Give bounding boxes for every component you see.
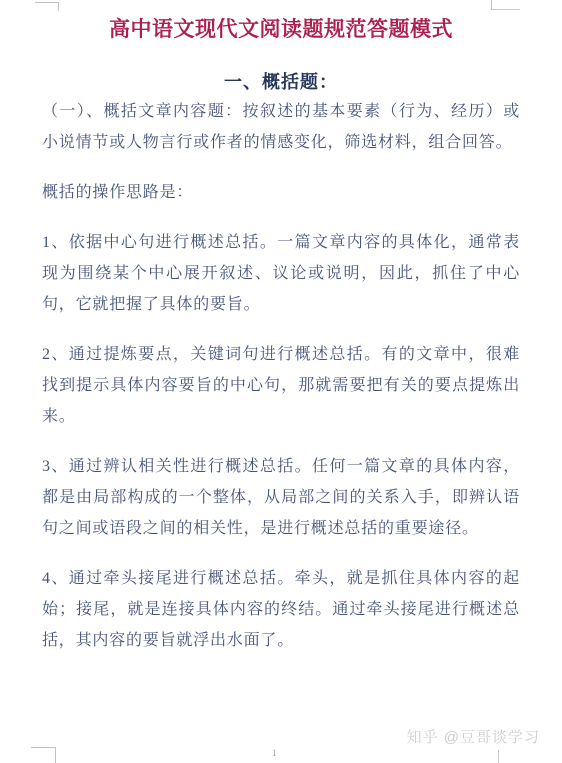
document-title: 高中语文现代文阅读题规范答题模式 [0, 0, 562, 43]
body-paragraph: 3、通过辨认相关性进行概述总括。任何一篇文章的具体内容，都是由局部构成的一个整体… [42, 451, 520, 544]
section-heading: 一、概括题： [0, 68, 562, 94]
body-paragraph: 概括的操作思路是： [42, 177, 520, 208]
document-body: （一）、概括文章内容题：按叙述的基本要素（行为、经历）或小说情节或人物言行或作者… [42, 96, 520, 675]
body-paragraph: 2、通过提炼要点，关键词句进行概述总括。有的文章中，很难找到提示具体内容要旨的中… [42, 339, 520, 432]
body-paragraph: （一）、概括文章内容题：按叙述的基本要素（行为、经历）或小说情节或人物言行或作者… [42, 96, 520, 158]
document-page: 高中语文现代文阅读题规范答题模式 一、概括题： （一）、概括文章内容题：按叙述的… [0, 0, 562, 763]
body-paragraph: 1、依据中心句进行概述总括。一篇文章内容的具体化，通常表现为围绕某个中心展开叙述… [42, 227, 520, 320]
margin-mark-top-right [491, 0, 520, 10]
margin-mark-bottom-left [31, 747, 56, 763]
watermark-zhihu: 知乎 @豆哥谈学习 [407, 726, 540, 747]
margin-mark-bottom-right [498, 750, 521, 763]
margin-mark-top-left [35, 2, 59, 11]
body-paragraph: 4、通过牵头接尾进行概述总括。牵头，就是抓住具体内容的起始；接尾，就是连接具体内… [42, 563, 520, 656]
page-number: 1 [272, 748, 277, 758]
